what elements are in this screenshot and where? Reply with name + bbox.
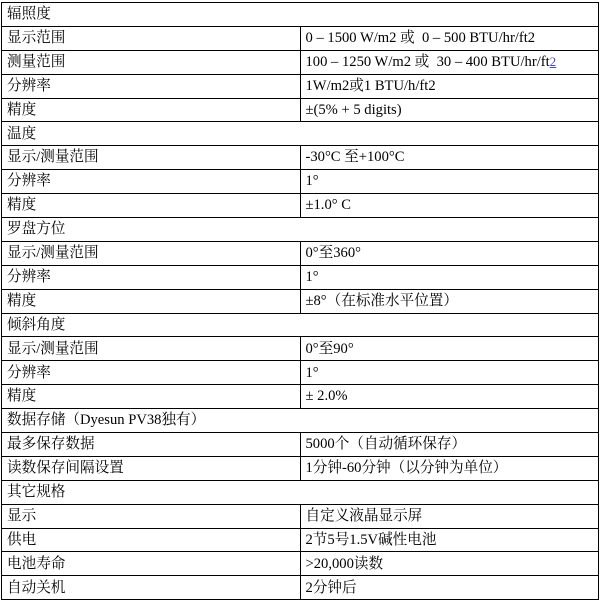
spec-document-page: 辐照度显示范围0 – 1500 W/m2 或 0 – 500 BTU/hr/ft…	[0, 0, 601, 601]
spec-value-text: 5000个（自动循环保存）	[306, 436, 467, 452]
spec-value: 100 – 1250 W/m2 或 30 – 400 BTU/hr/ft2	[300, 50, 599, 74]
spec-value-text: ±(5% + 5 digits)	[306, 102, 402, 118]
spec-value: 0°至360°	[300, 241, 599, 265]
spec-value-text: 自定义液晶显示屏	[306, 508, 423, 524]
spec-value-text: >20,000读数	[306, 556, 384, 572]
spec-row: 显示自定义液晶显示屏	[2, 504, 599, 528]
section-header: 温度	[2, 122, 599, 146]
spec-label: 显示/测量范围	[2, 146, 301, 170]
spec-label: 精度	[2, 289, 301, 313]
spec-row: 精度±1.0° C	[2, 194, 599, 218]
spec-value: ±1.0° C	[300, 194, 599, 218]
section-header-row: 辐照度	[2, 3, 599, 27]
spec-label: 分辨率	[2, 170, 301, 194]
spec-row: 测量范围100 – 1250 W/m2 或 30 – 400 BTU/hr/ft…	[2, 50, 599, 74]
spec-label: 最多保存数据	[2, 433, 301, 457]
spec-value: 1°	[300, 361, 599, 385]
spec-row: 分辨率1°	[2, 265, 599, 289]
section-header-row: 温度	[2, 122, 599, 146]
spec-value-text: 2分钟后	[306, 580, 357, 596]
spec-value: 5000个（自动循环保存）	[300, 433, 599, 457]
spec-value-text: -30°C 至+100°C	[306, 149, 405, 165]
spec-row: 显示/测量范围0°至90°	[2, 337, 599, 361]
spec-label: 显示范围	[2, 26, 301, 50]
spec-row: 供电2节5号1.5V碱性电池	[2, 528, 599, 552]
spec-row: 分辨率1°	[2, 170, 599, 194]
spec-value: 0°至90°	[300, 337, 599, 361]
spec-value: 1W/m2或1 BTU/h/ft2	[300, 74, 599, 98]
spec-label: 分辨率	[2, 74, 301, 98]
spec-label: 分辨率	[2, 361, 301, 385]
spec-table: 辐照度显示范围0 – 1500 W/m2 或 0 – 500 BTU/hr/ft…	[1, 2, 599, 600]
spec-label: 显示	[2, 504, 301, 528]
section-header-row: 罗盘方位	[2, 218, 599, 242]
spec-value: ±(5% + 5 digits)	[300, 98, 599, 122]
spec-value-text: ±1.0° C	[306, 197, 351, 213]
spec-value: ±8°（在标准水平位置）	[300, 289, 599, 313]
spec-value-text: 0°至90°	[306, 341, 354, 357]
spec-value-text: 0°至360°	[306, 245, 361, 261]
spec-value-text: 1°	[306, 173, 319, 189]
spec-label: 供电	[2, 528, 301, 552]
spec-value: 1°	[300, 170, 599, 194]
section-header: 其它规格	[2, 480, 599, 504]
spec-label: 显示/测量范围	[2, 241, 301, 265]
spec-row: 精度±(5% + 5 digits)	[2, 98, 599, 122]
spec-label: 精度	[2, 194, 301, 218]
spec-value-text: 1°	[306, 269, 319, 285]
spec-value: 0 – 1500 W/m2 或 0 – 500 BTU/hr/ft2	[300, 26, 599, 50]
spec-row: 最多保存数据5000个（自动循环保存）	[2, 433, 599, 457]
spec-value: ± 2.0%	[300, 385, 599, 409]
ft2-superscript-link[interactable]: 2	[550, 54, 557, 69]
spec-row: 精度±8°（在标准水平位置）	[2, 289, 599, 313]
spec-row: 显示范围0 – 1500 W/m2 或 0 – 500 BTU/hr/ft2	[2, 26, 599, 50]
spec-row: 电池寿命>20,000读数	[2, 552, 599, 576]
section-header-row: 其它规格	[2, 480, 599, 504]
spec-row: 自动关机2分钟后	[2, 576, 599, 600]
section-header: 倾斜角度	[2, 313, 599, 337]
spec-row: 精度± 2.0%	[2, 385, 599, 409]
spec-label: 分辨率	[2, 265, 301, 289]
spec-value: 自定义液晶显示屏	[300, 504, 599, 528]
spec-label: 测量范围	[2, 50, 301, 74]
spec-value-text: 1°	[306, 365, 319, 381]
spec-value: -30°C 至+100°C	[300, 146, 599, 170]
spec-value: 2分钟后	[300, 576, 599, 600]
section-header: 数据存储（Dyesun PV38独有）	[2, 409, 599, 433]
spec-table-body: 辐照度显示范围0 – 1500 W/m2 或 0 – 500 BTU/hr/ft…	[2, 3, 599, 600]
spec-row: 读数保存间隔设置1分钟-60分钟（以分钟为单位）	[2, 456, 599, 480]
spec-row: 显示/测量范围0°至360°	[2, 241, 599, 265]
spec-value-text: ± 2.0%	[306, 388, 348, 404]
spec-row: 显示/测量范围-30°C 至+100°C	[2, 146, 599, 170]
section-header: 辐照度	[2, 3, 599, 27]
section-header: 罗盘方位	[2, 218, 599, 242]
spec-row: 分辨率1°	[2, 361, 599, 385]
spec-value-text: 100 – 1250 W/m2 或 30 – 400 BTU/hr/ft	[306, 54, 550, 70]
section-header-row: 倾斜角度	[2, 313, 599, 337]
spec-value: 1分钟-60分钟（以分钟为单位）	[300, 456, 599, 480]
spec-value-text: 2节5号1.5V碱性电池	[306, 532, 437, 548]
spec-value: >20,000读数	[300, 552, 599, 576]
spec-label: 显示/测量范围	[2, 337, 301, 361]
spec-value-text: ±8°（在标准水平位置）	[306, 293, 459, 309]
spec-label: 自动关机	[2, 576, 301, 600]
spec-value-text: 1分钟-60分钟（以分钟为单位）	[306, 460, 508, 476]
spec-value-text: 1W/m2或1 BTU/h/ft2	[306, 78, 436, 94]
spec-value-text: 0 – 1500 W/m2 或 0 – 500 BTU/hr/ft2	[306, 30, 536, 46]
spec-label: 精度	[2, 385, 301, 409]
spec-label: 精度	[2, 98, 301, 122]
spec-value: 1°	[300, 265, 599, 289]
spec-row: 分辨率1W/m2或1 BTU/h/ft2	[2, 74, 599, 98]
spec-label: 读数保存间隔设置	[2, 456, 301, 480]
spec-value: 2节5号1.5V碱性电池	[300, 528, 599, 552]
section-header-row: 数据存储（Dyesun PV38独有）	[2, 409, 599, 433]
spec-label: 电池寿命	[2, 552, 301, 576]
